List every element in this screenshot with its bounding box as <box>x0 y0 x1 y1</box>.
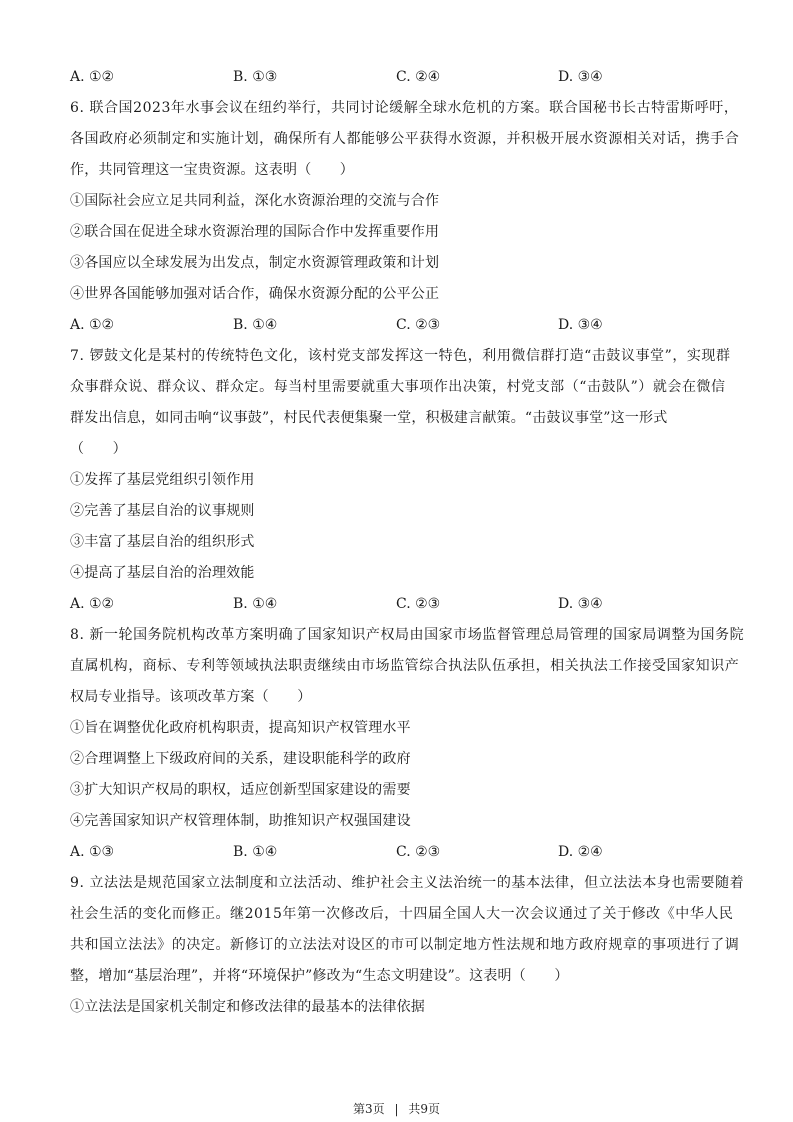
question-stem-line: 直属机构，商标、专利等领域执法职责继续由市场监管综合执法队伍承担，相关执法工作接… <box>70 651 720 682</box>
question-stem-line: 群发出信息，如同击响“议事鼓”，村民代表便集聚一堂，积极建言献策。“击鼓议事堂”… <box>70 403 720 434</box>
exam-page: A. ①② B. ①③ C. ②④ D. ③④ 6. 联合国2023年水事会议在… <box>70 62 720 1023</box>
option-b: B. ①④ <box>233 310 277 341</box>
question-stem-line: 各国政府必须制定和实施计划，确保所有人都能够公平获得水资源，并积极开展水资源相关… <box>70 124 720 155</box>
statement-3: ③扩大知识产权局的职权，适应创新型国家建设的需要 <box>70 775 720 806</box>
answer-options: A. ①② B. ①④ C. ②③ D. ③④ <box>70 310 720 341</box>
question-stem-line: 整，增加“基层治理”，并将“环境保护”修改为“生态文明建设”。这表明（ ） <box>70 961 720 992</box>
question-stem-line: 共和国立法法》的决定。新修订的立法法对设区的市可以制定地方性法规和地方政府规章的… <box>70 930 720 961</box>
question-stem-line: 8. 新一轮国务院机构改革方案明确了国家知识产权局由国家市场监督管理总局管理的国… <box>70 620 720 651</box>
option-c: C. ②④ <box>396 62 440 93</box>
q5-options: A. ①② B. ①③ C. ②④ D. ③④ <box>70 62 720 93</box>
page-total: 共9页 <box>408 1102 440 1116</box>
option-b: B. ①④ <box>233 837 277 868</box>
question-stem-line: 权局专业指导。该项改革方案（ ） <box>70 682 720 713</box>
question-9: 9. 立法法是规范国家立法制度和立法活动、维护社会主义法治统一的基本法律，但立法… <box>70 868 720 1023</box>
option-a: A. ①③ <box>70 837 114 868</box>
statement-4: ④完善国家知识产权管理体制，助推知识产权强国建设 <box>70 806 720 837</box>
option-d: D. ③④ <box>558 310 603 341</box>
question-6: 6. 联合国2023年水事会议在纽约举行，共同讨论缓解全球水危机的方案。联合国秘… <box>70 93 720 341</box>
page-current: 第3页 <box>353 1102 385 1116</box>
page-separator: | <box>394 1102 398 1116</box>
question-stem-line: （ ） <box>70 434 720 465</box>
question-stem-line: 7. 锣鼓文化是某村的传统特色文化，该村党支部发挥这一特色，利用微信群打造“击鼓… <box>70 341 720 372</box>
statement-4: ④提高了基层自治的治理效能 <box>70 558 720 589</box>
statement-2: ②联合国在促进全球水资源治理的国际合作中发挥重要作用 <box>70 217 720 248</box>
option-a: A. ①② <box>70 589 114 620</box>
question-stem-line: 6. 联合国2023年水事会议在纽约举行，共同讨论缓解全球水危机的方案。联合国秘… <box>70 93 720 124</box>
option-c: C. ②③ <box>396 310 440 341</box>
statement-1: ①旨在调整优化政府机构职责，提高知识产权管理水平 <box>70 713 720 744</box>
answer-options: A. ①② B. ①④ C. ②③ D. ③④ <box>70 589 720 620</box>
statement-1: ①国际社会应立足共同利益，深化水资源治理的交流与合作 <box>70 186 720 217</box>
statement-3: ③各国应以全球发展为出发点，制定水资源管理政策和计划 <box>70 248 720 279</box>
statement-2: ②合理调整上下级政府间的关系，建设职能科学的政府 <box>70 744 720 775</box>
option-d: D. ③④ <box>558 589 603 620</box>
statement-1: ①立法法是国家机关制定和修改法律的最基本的法律依据 <box>70 992 720 1023</box>
page-footer: 第3页 | 共9页 <box>0 1100 793 1117</box>
option-d: D. ③④ <box>558 62 603 93</box>
option-a: A. ①② <box>70 310 114 341</box>
option-d: D. ②④ <box>558 837 603 868</box>
option-c: C. ②③ <box>396 589 440 620</box>
statement-3: ③丰富了基层自治的组织形式 <box>70 527 720 558</box>
statement-1: ①发挥了基层党组织引领作用 <box>70 465 720 496</box>
question-stem-line: 社会生活的变化而修正。继2015年第一次修改后，十四届全国人大一次会议通过了关于… <box>70 899 720 930</box>
option-b: B. ①③ <box>233 62 277 93</box>
question-stem-line: 众事群众说、群众议、群众定。每当村里需要就重大事项作出决策，村党支部（“击鼓队”… <box>70 372 720 403</box>
question-stem-line: 作，共同管理这一宝贵资源。这表明（ ） <box>70 155 720 186</box>
question-7: 7. 锣鼓文化是某村的传统特色文化，该村党支部发挥这一特色，利用微信群打造“击鼓… <box>70 341 720 620</box>
statement-2: ②完善了基层自治的议事规则 <box>70 496 720 527</box>
statement-4: ④世界各国能够加强对话合作，确保水资源分配的公平公正 <box>70 279 720 310</box>
option-b: B. ①④ <box>233 589 277 620</box>
option-c: C. ②③ <box>396 837 440 868</box>
answer-options: A. ①③ B. ①④ C. ②③ D. ②④ <box>70 837 720 868</box>
option-a: A. ①② <box>70 62 114 93</box>
question-8: 8. 新一轮国务院机构改革方案明确了国家知识产权局由国家市场监督管理总局管理的国… <box>70 620 720 868</box>
question-stem-line: 9. 立法法是规范国家立法制度和立法活动、维护社会主义法治统一的基本法律，但立法… <box>70 868 720 899</box>
